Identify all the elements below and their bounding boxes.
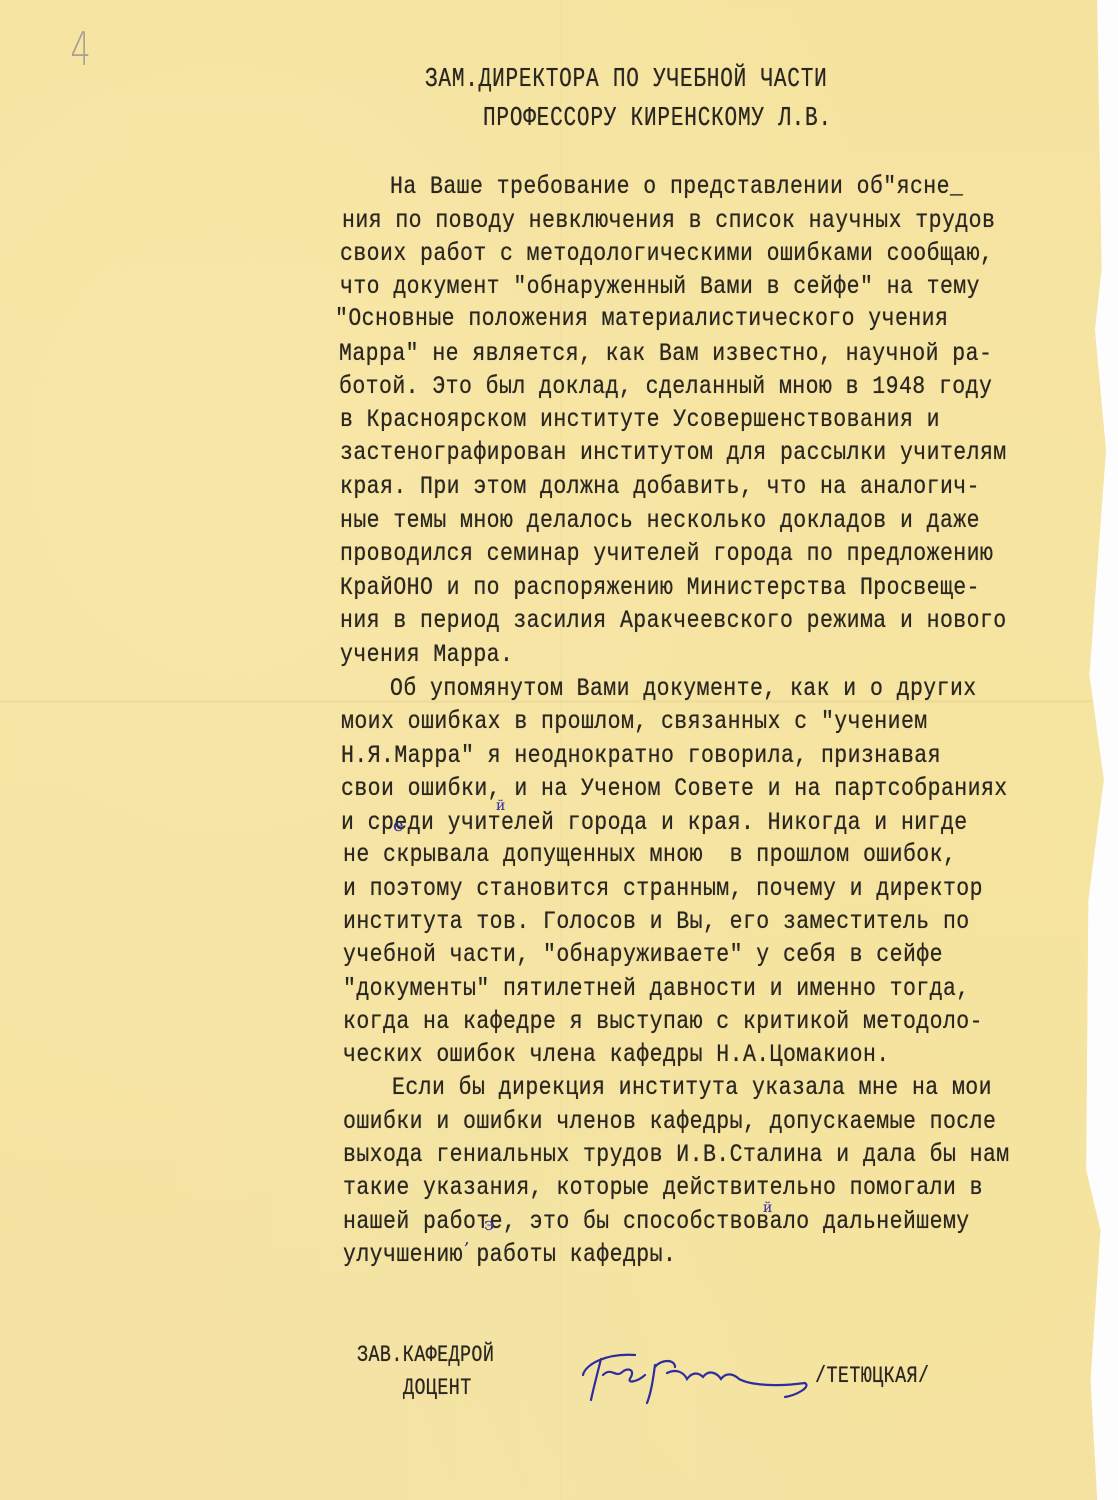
body-line: Если бы дирекция института указала мне н… [352, 1073, 992, 1102]
signer-name: /ТЕТЮЦКАЯ/ [815, 1363, 929, 1389]
body-line: такие указания, которые действительно по… [343, 1173, 983, 1202]
body-line: Н.Я.Марра" я неоднократно говорила, приз… [341, 741, 941, 770]
body-line: когда на кафедре я выступаю с критикой м… [343, 1007, 983, 1036]
body-line: ботой. Это был доклад, сделанный мною в … [339, 372, 992, 401]
body-line: ошибки и ошибки членов кафедры, допускае… [343, 1107, 996, 1136]
body-line: учебной части, "обнаруживаете" у себя в … [343, 940, 943, 969]
header-line-2: ПРОФЕССОРУ КИРЕНСКОМУ Л.В. [483, 104, 832, 134]
ink-correction: й [496, 798, 505, 814]
body-line: своих работ с методологическими ошибками… [340, 239, 993, 268]
body-line: На Ваше требование о представлении об"яс… [350, 172, 963, 201]
body-line: нашей работе, это бы способствовало даль… [343, 1207, 970, 1236]
body-line: и среди учителей города и края. Никогда … [341, 808, 968, 837]
signer-title: ДОЦЕНТ [403, 1375, 472, 1401]
body-line: моих ошибках в прошлом, связанных с "уче… [341, 707, 928, 736]
body-line: проводился семинар учителей города по пр… [340, 539, 993, 568]
body-line: Марра" не является, как Вам известно, на… [339, 339, 992, 368]
ink-correction: , [464, 1228, 470, 1249]
body-line: что документ "обнаруженный Вами в сейфе"… [340, 272, 980, 301]
body-line: улучшению работы кафедры. [343, 1240, 676, 1269]
body-line: и поэтому становится странным, почему и … [343, 874, 983, 903]
body-line: ния по поводу невключения в список научн… [342, 206, 995, 235]
body-line: "Основные положения материалистического … [335, 304, 948, 333]
body-line: института тов. Голосов и Вы, его замести… [343, 907, 970, 936]
handwritten-signature [575, 1345, 815, 1405]
body-line: не скрывала допущенных мною в прошлом ош… [343, 840, 956, 869]
pencil-page-number: 4 [70, 22, 90, 76]
body-line: ные темы мною делалось несколько докладо… [340, 506, 980, 535]
body-line: в Красноярском институте Усовершенствова… [340, 405, 940, 434]
body-line: выхода гениальных трудов И.В.Сталина и д… [343, 1140, 1010, 1169]
body-line: учения Марра. [340, 640, 513, 669]
body-line: свои ошибки, и на Ученом Совете и на пар… [341, 774, 1008, 803]
ink-correction: й [763, 1200, 772, 1216]
body-line: КрайОНО и по распоряжению Министерства П… [340, 573, 980, 602]
ink-correction: е [393, 815, 404, 836]
body-line: застенографирован институтом для рассылк… [340, 438, 1007, 467]
body-line: "документы" пятилетней давности и именно… [343, 974, 970, 1003]
body-line: Об упомянутом Вами документе, как и о др… [350, 674, 977, 703]
body-line: ния в период засилия Аракчеевского режим… [340, 606, 1007, 635]
body-line: ческих ошибок члена кафедры Н.А.Цомакион… [343, 1040, 890, 1069]
signer-position: ЗАВ.КАФЕДРОЙ [357, 1342, 494, 1368]
ink-correction: э [484, 1214, 494, 1235]
body-line: края. При этом должна добавить, что на а… [340, 472, 980, 501]
header-line-1: ЗАМ.ДИРЕКТОРА ПО УЧЕБНОЙ ЧАСТИ [425, 65, 828, 95]
